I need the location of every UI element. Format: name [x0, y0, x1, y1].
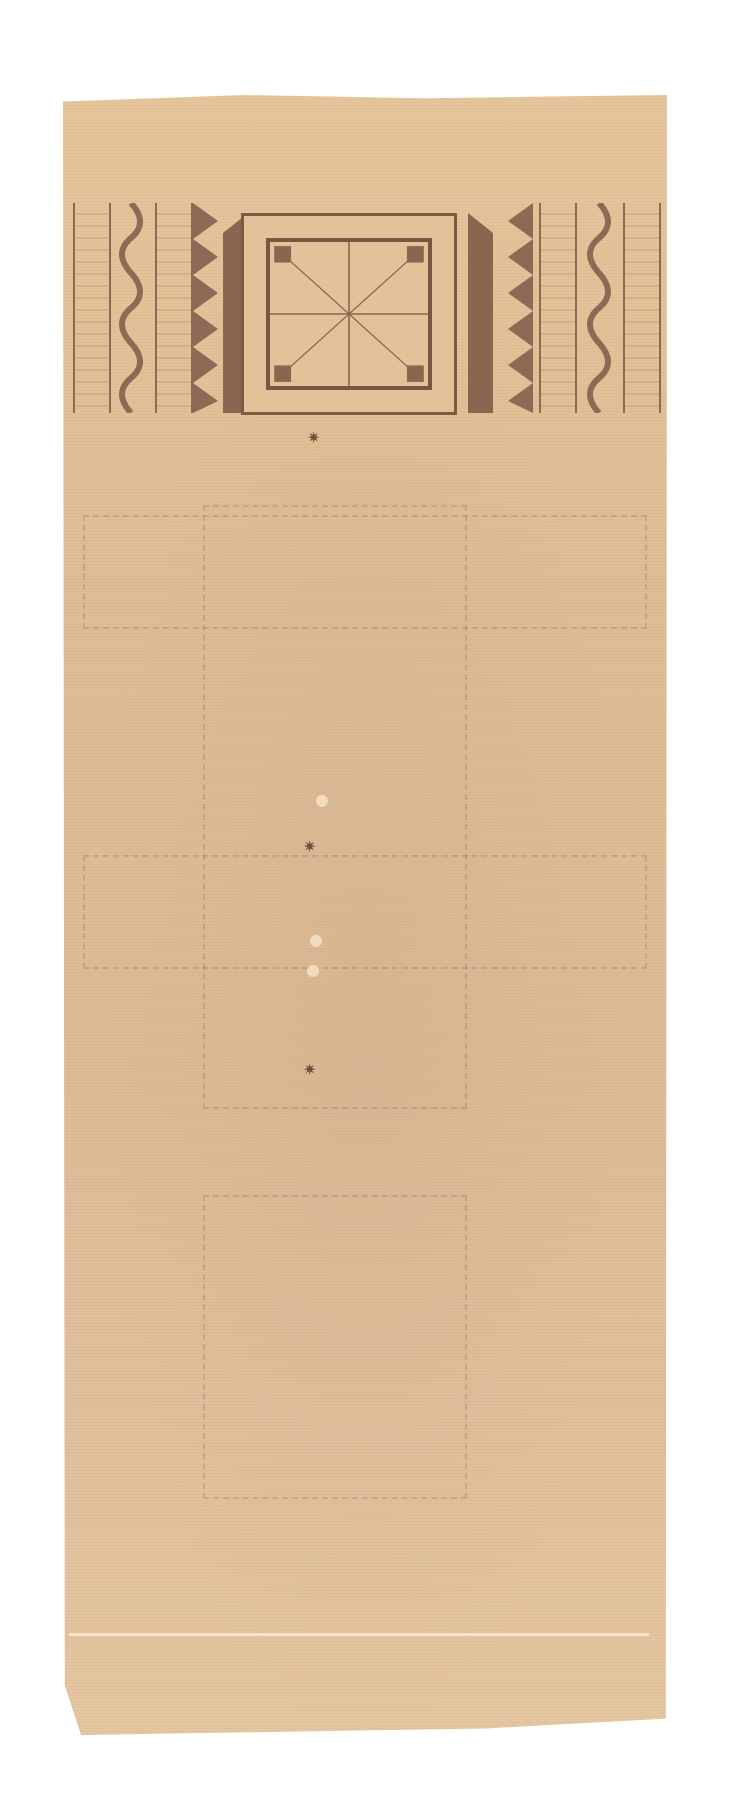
worn-spot [307, 965, 319, 977]
medallion-frame-right-icon [463, 203, 503, 413]
zigzag-border-icon [503, 203, 533, 413]
radiating-lines-icon [270, 242, 428, 386]
medallion-inner-frame [266, 238, 432, 390]
serpentine-border-icon [577, 203, 621, 413]
border-stripe [73, 203, 111, 413]
square-medallion [241, 213, 457, 415]
faded-band [83, 855, 647, 969]
fold-line [69, 1633, 649, 1636]
serpentine-border-icon [109, 203, 153, 413]
faded-band [83, 515, 647, 629]
faded-field-panel [203, 1195, 467, 1499]
worn-spot [316, 795, 328, 807]
small-star-icon: ✷ [303, 1060, 316, 1079]
border-stripe [155, 203, 193, 413]
rug-photo: ✷ ✷ ✷ ✷ ✷ ✷ [63, 95, 667, 1735]
small-star-icon: ✷ [307, 428, 320, 447]
border-stripe [623, 203, 661, 413]
worn-spot [310, 935, 322, 947]
border-stripe [539, 203, 577, 413]
small-star-icon: ✷ [303, 837, 316, 856]
